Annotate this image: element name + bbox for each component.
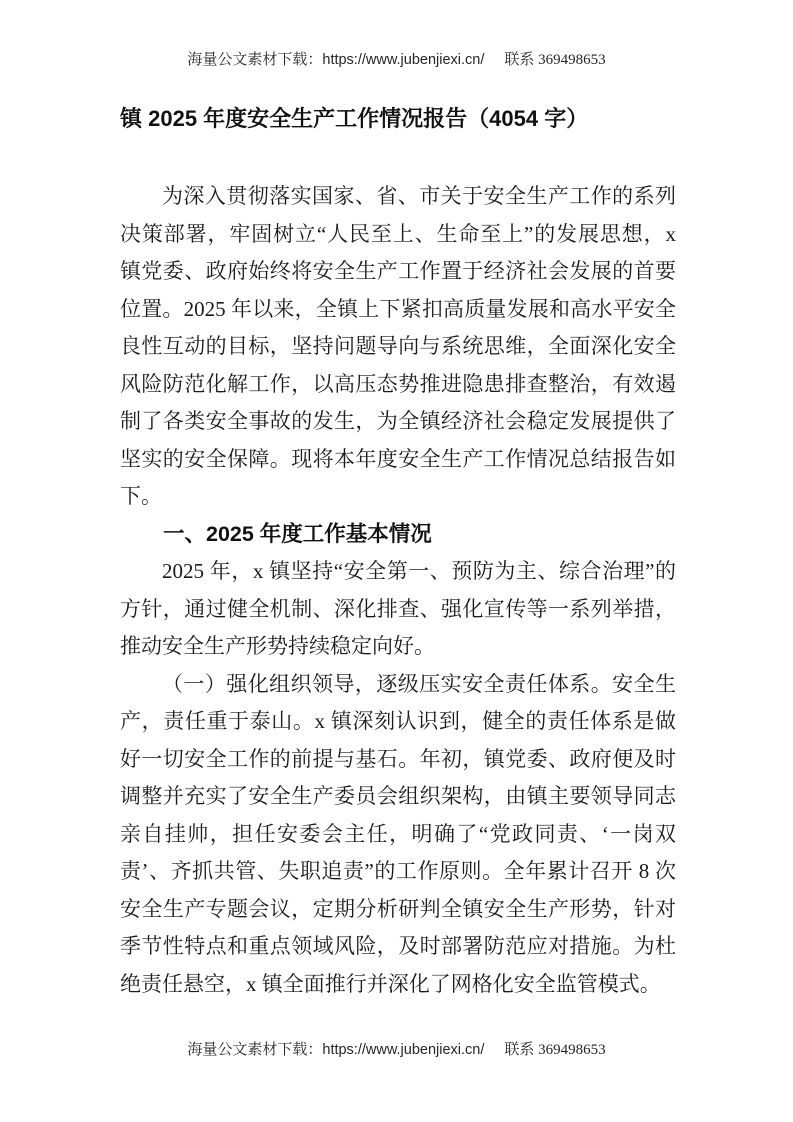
document-page: 海量公文素材下载：https://www.jubenjiexi.cn/联系 36… <box>0 0 793 1122</box>
intro-paragraph: 为深入贯彻落实国家、省、市关于安全生产工作的系列决策部署，牢固树立“人民至上、生… <box>120 178 676 516</box>
section-heading-1: 一、2025 年度工作基本情况 <box>120 516 676 554</box>
section1-paragraph-1: 2025 年，x 镇坚持“安全第一、预防为主、综合治理”的方针，通过健全机制、深… <box>120 553 676 666</box>
page-header: 海量公文素材下载：https://www.jubenjiexi.cn/联系 36… <box>0 50 793 70</box>
header-url-link[interactable]: https://www.jubenjiexi.cn/ <box>322 52 484 68</box>
footer-contact: 联系 369498653 <box>504 1042 605 1058</box>
header-source-label: 海量公文素材下载： <box>187 52 322 68</box>
document-title: 镇 2025 年度安全生产工作情况报告（4054 字） <box>120 103 676 135</box>
header-contact: 联系 369498653 <box>504 52 605 68</box>
footer-url-link[interactable]: https://www.jubenjiexi.cn/ <box>322 1042 484 1058</box>
section1-paragraph-2: （一）强化组织领导，逐级压实安全责任体系。安全生产，责任重于泰山。x 镇深刻认识… <box>120 666 676 1004</box>
page-footer: 海量公文素材下载：https://www.jubenjiexi.cn/联系 36… <box>0 1040 793 1060</box>
document-body: 镇 2025 年度安全生产工作情况报告（4054 字） 为深入贯彻落实国家、省、… <box>120 103 676 1003</box>
footer-source-label: 海量公文素材下载： <box>187 1042 322 1058</box>
